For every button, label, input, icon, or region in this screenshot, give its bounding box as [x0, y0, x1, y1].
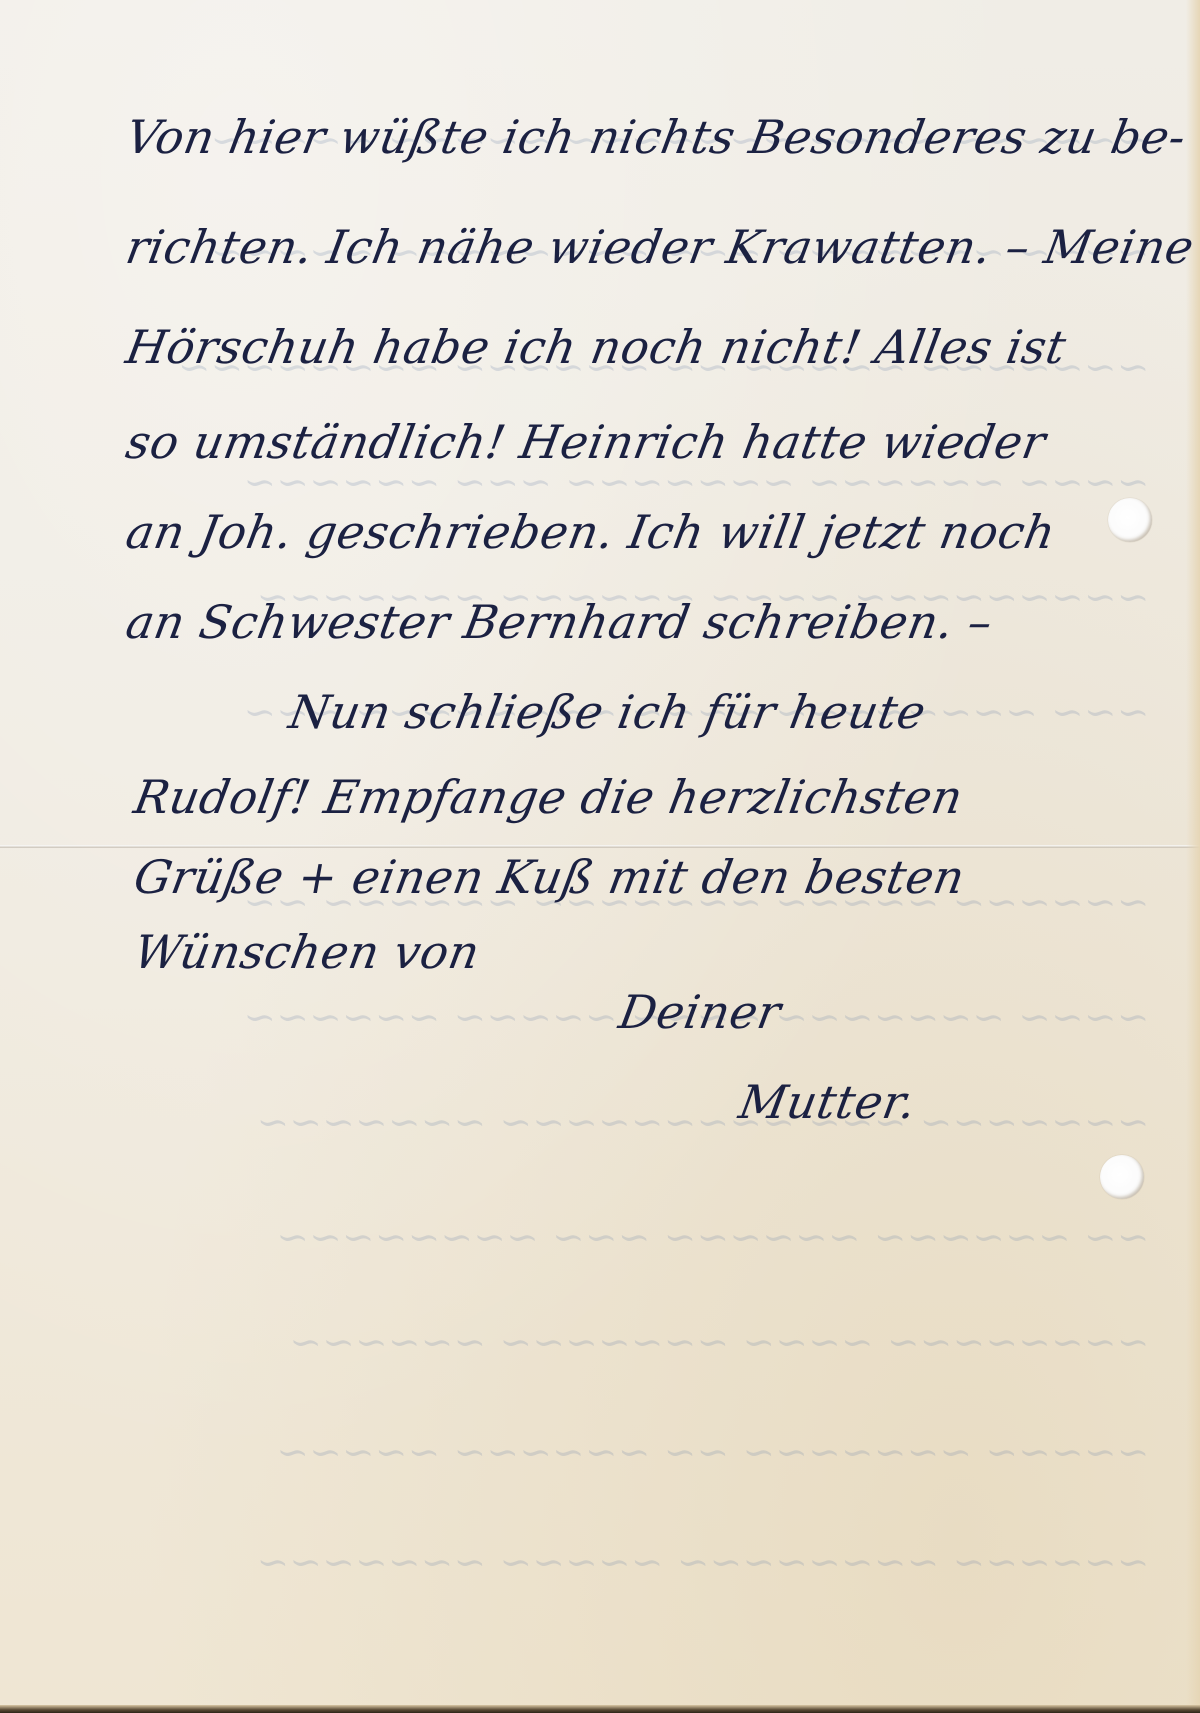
- letter-line: an Joh. geschrieben. Ich will jetzt noch: [122, 505, 1060, 559]
- letter-page: ~~~~~~ ~~~~ ~~~~~~~ ~~~~~ ~~~~~ ~~~~ ~~~…: [0, 0, 1200, 1713]
- letter-signature: Mutter.: [735, 1075, 921, 1129]
- letter-line: Nun schließe ich für heute: [285, 685, 930, 739]
- letter-line: Von hier wüßte ich nichts Besonderes zu …: [122, 110, 1190, 164]
- letter-line: an Schwester Bernhard schreiben. –: [122, 595, 997, 649]
- letter-line: richten. Ich nähe wieder Krawatten. – Me…: [122, 220, 1198, 274]
- punch-hole: [1108, 498, 1152, 542]
- punch-hole: [1100, 1155, 1144, 1199]
- letter-body: Von hier wüßte ich nichts Besonderes zu …: [0, 0, 1200, 1713]
- letter-line: Rudolf! Empfange die herzlichsten: [130, 770, 967, 824]
- letter-line: Hörschuh habe ich noch nicht! Alles ist: [122, 320, 1070, 374]
- letter-closing: Deiner: [615, 985, 785, 1039]
- letter-line: Grüße + einen Kuß mit den besten: [130, 850, 969, 904]
- letter-line: Wünschen von: [130, 925, 484, 979]
- letter-line: so umständlich! Heinrich hatte wieder: [122, 415, 1050, 469]
- paper-edge-bottom: [0, 1705, 1200, 1713]
